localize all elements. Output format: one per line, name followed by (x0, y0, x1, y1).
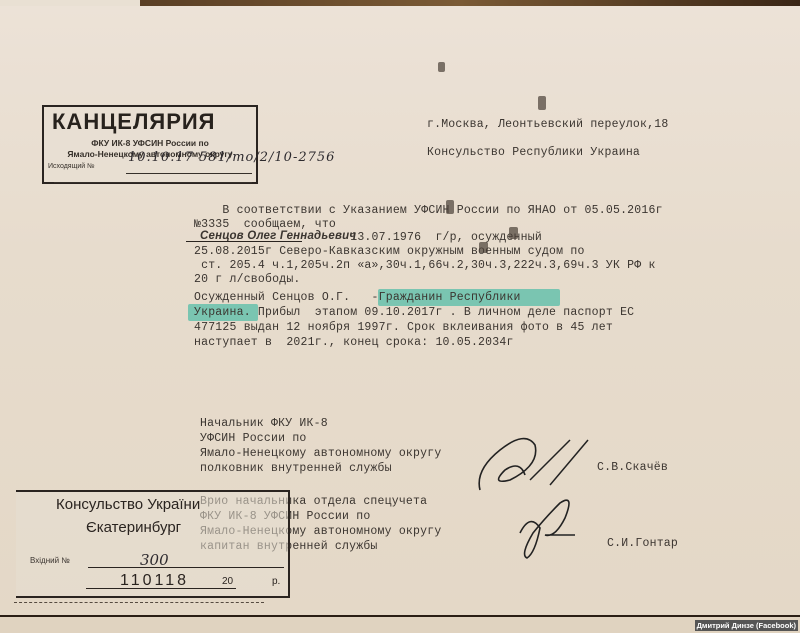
consulate-stamp: Консульство України Єкатеринбург Вхідний… (16, 490, 290, 598)
signer-title-line: Начальник ФКУ ИК-8 (200, 416, 328, 431)
stamp-rule (86, 588, 236, 589)
year-prefix: 20 (222, 576, 233, 587)
ink-blot (446, 200, 454, 214)
ink-blot (438, 62, 445, 72)
body-line: Украина. Прибыл этапом 09.10.2017г . В л… (194, 305, 634, 320)
ink-blot (509, 227, 518, 239)
stamp-line: Консульство України (56, 496, 200, 513)
signer-title-line: полковник внутренней службы (200, 461, 392, 476)
signature-icon (470, 425, 590, 495)
addressee-city: г.Москва, Леонтьевский переулок,18 (427, 117, 668, 132)
incoming-number: 300 (140, 551, 169, 569)
signer-title-line: Ямало-Ненецкому автономному округу (200, 446, 441, 461)
outgoing-label: Исходящий № (48, 163, 95, 170)
year-suffix: р. (272, 576, 280, 587)
name-underline (186, 241, 302, 242)
incoming-label: Вхідний № (30, 556, 70, 565)
addressee-org: Консульство Республики Украина (427, 145, 640, 160)
signer-name: С.В.Скачёв (597, 460, 668, 475)
table-surface (0, 617, 800, 633)
chancellery-stamp: КАНЦЕЛЯРИЯ ФКУ ИК-8 УФСИН России по Ямал… (42, 105, 258, 184)
stamp-rule (14, 602, 264, 603)
ink-blot (479, 242, 488, 253)
body-line: В соответствии с Указанием УФСИН России … (194, 203, 663, 218)
stamp-rule (54, 182, 252, 183)
signer-name: С.И.Гонтар (607, 536, 678, 551)
body-line: Осужденный Сенцов О.Г. -Гражданин Респуб… (194, 290, 521, 305)
body-line: наступает в 2021г., конец срока: 10.05.2… (194, 335, 514, 350)
body-line: 25.08.2015г Северо-Кавказским окружным в… (194, 244, 585, 259)
ink-blot (538, 96, 546, 110)
body-line: 20 г л/свободы. (194, 272, 301, 287)
stamp-rule (126, 173, 252, 174)
stamp-line: Єкатеринбург (86, 519, 181, 536)
body-line: 477125 выдан 12 ноября 1997г. Срок вклеи… (194, 320, 613, 335)
body-line: ст. 205.4 ч.1,205ч.2п «а»,30ч.1,66ч.2,30… (194, 258, 656, 273)
signer-title-line: УФСИН России по (200, 431, 307, 446)
outgoing-number: 10.10.17 581/то/2/10-2756 (128, 150, 335, 165)
stamp-rule (88, 567, 284, 568)
stamp-line: ФКУ ИК-8 УФСИН России по (44, 138, 256, 148)
photo-credit: Дмитрий Динзе (Facebook) (695, 620, 798, 631)
stamp-title: КАНЦЕЛЯРИЯ (52, 109, 216, 135)
signature-icon (515, 493, 585, 563)
